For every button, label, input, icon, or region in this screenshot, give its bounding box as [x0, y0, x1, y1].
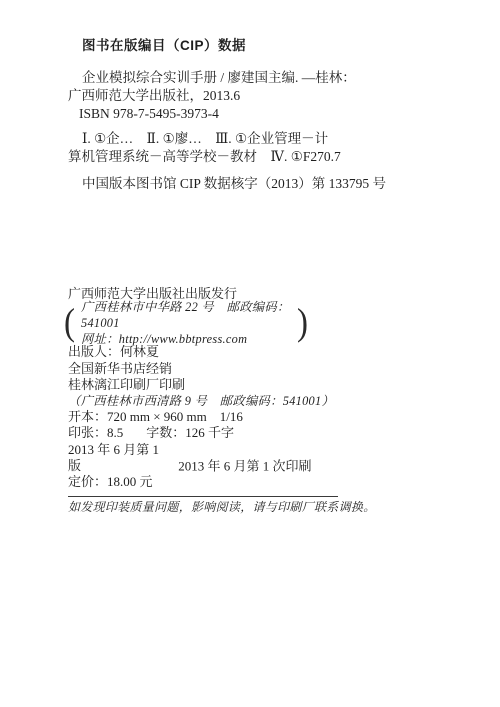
edition-value: 2013 年 6 月第 1 版 [68, 442, 175, 475]
cip-record-number: 中国版本图书馆 CIP 数据核字（2013）第 133795 号 [68, 175, 440, 193]
book-title-line: 企业模拟综合实训手册 / 廖建国主编. —桂林： [68, 69, 440, 87]
sheets-value: 印张：8.5 [68, 425, 143, 441]
printer-line: 桂林漓江印刷厂印刷 [68, 377, 440, 393]
publisher-address-line: 广西桂林市中华路 22 号 邮政编码：541001 [81, 299, 293, 331]
colophon-section: 广西师范大学出版社出版发行 ( 广西桂林市中华路 22 号 邮政编码：54100… [68, 286, 440, 515]
close-paren-glyph: ) [297, 303, 308, 344]
quality-note-line: 如发现印装质量问题，影响阅读，请与印刷厂联系调换。 [68, 499, 440, 515]
publisher-imprint-line: 广西师范大学出版社，2013.6 [68, 87, 440, 105]
publisher-address-lines: 广西桂林市中华路 22 号 邮政编码：541001 网址：http://www.… [81, 299, 293, 347]
format-line: 开本：720 mm × 960 mm 1/16 [68, 409, 440, 425]
cip-section: 图书在版编目（CIP）数据 企业模拟综合实训手册 / 廖建国主编. —桂林： 广… [68, 38, 440, 193]
publisher-address-group: ( 广西桂林市中华路 22 号 邮政编码：541001 网址：http://ww… [64, 304, 440, 342]
word-count-value: 字数：126 千字 [146, 425, 234, 440]
sheets-wordcount-line: 印张：8.5 字数：126 千字 [68, 425, 440, 441]
classification-line-1: Ⅰ. ①企… Ⅱ. ①廖… Ⅲ. ①企业管理－计 [68, 130, 440, 148]
open-paren-glyph: ( [64, 303, 75, 344]
classification-line-2: 算机管理系统－高等学校－教材 Ⅳ. ①F270.7 [68, 148, 440, 166]
price-line: 定价：18.00 元 [68, 474, 440, 490]
divider-rule [68, 496, 338, 497]
cip-heading: 图书在版编目（CIP）数据 [82, 38, 440, 54]
impression-value: 2013 年 6 月第 1 次印刷 [178, 458, 311, 473]
copyright-page: 图书在版编目（CIP）数据 企业模拟综合实训手册 / 廖建国主编. —桂林： 广… [0, 0, 500, 707]
printer-address-line: （广西桂林市西清路 9 号 邮政编码：541001） [68, 393, 440, 409]
isbn-line: ISBN 978-7-5495-3973-4 [68, 105, 440, 123]
distributor-line: 全国新华书店经销 [68, 361, 440, 377]
edition-impression-line: 2013 年 6 月第 1 版 2013 年 6 月第 1 次印刷 [68, 442, 440, 475]
